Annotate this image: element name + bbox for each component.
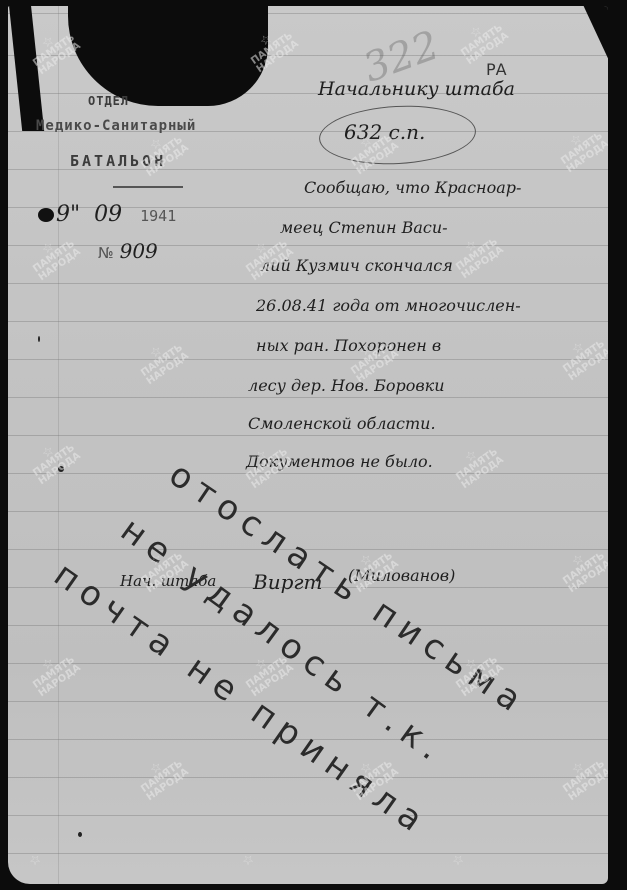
date-month: 09	[94, 202, 122, 227]
body-line: меец Степин Васи-	[280, 218, 448, 237]
ink-spot	[38, 336, 40, 342]
body-line: Сообщаю, что Красноар-	[304, 178, 521, 197]
body-line: ных ран. Похоронен в	[256, 336, 441, 355]
addressee-title: Начальнику штаба	[318, 78, 515, 100]
ink-spot	[78, 832, 82, 837]
document-number: №909	[98, 239, 158, 263]
number-value: 909	[120, 239, 158, 263]
ink-blot	[38, 208, 54, 222]
body-line: 26.08.41 года от многочислен-	[256, 296, 521, 315]
date-separator: "	[70, 202, 80, 227]
document-date: 9" 091941	[38, 202, 176, 227]
body-line: Смоленской области.	[248, 414, 436, 433]
stamp-divider	[113, 186, 183, 188]
document-page: ОТДЕЛ Медико-Санитарный БАТАЛЬОН 9" 0919…	[8, 6, 608, 884]
stamp-department: ОТДЕЛ	[88, 94, 129, 108]
corner-mark: РА	[486, 60, 507, 79]
body-line: лесу дер. Нов. Боровки	[248, 376, 445, 395]
number-label: №	[98, 244, 114, 262]
date-year: 1941	[140, 207, 176, 225]
date-day: 9	[56, 202, 70, 227]
